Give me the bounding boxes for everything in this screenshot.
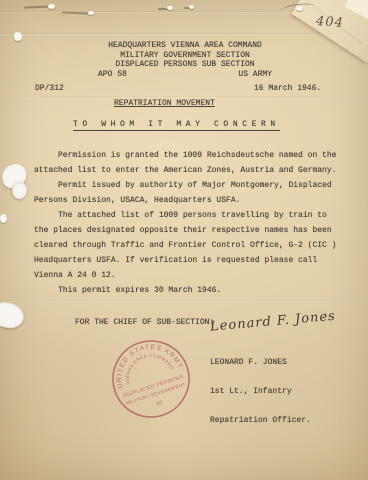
- paper-tear-hole: [0, 300, 26, 331]
- handwritten-signature: Leonard F. Jones: [210, 308, 341, 334]
- body-line: Vienna A 24 0 12.: [34, 268, 346, 283]
- signature-block: LEONARD F. JONES 1st Lt., Infantry Repat…: [210, 339, 311, 445]
- body-line: Persons Division, USACA, Headquarters US…: [34, 193, 346, 208]
- letterhead-line-3: DISPLACED PERSONS SUB SECTION: [95, 60, 275, 70]
- body-line: Headquarters USFA. If verification is re…: [34, 253, 346, 268]
- body-line: attached list to enter the American Zone…: [34, 163, 346, 178]
- salutation: TO WHOM IT MAY CONCERN: [73, 120, 280, 130]
- paper-tear-speck: [167, 6, 173, 10]
- paper-crease: [0, 33, 368, 34]
- signature-title: Repatriation Officer.: [210, 416, 311, 426]
- stamp-line-number: 10: [155, 400, 163, 408]
- paper-tear-speck: [189, 5, 194, 9]
- army-label: US ARMY: [238, 70, 272, 80]
- signature-name: LEONARD F. JONES: [210, 358, 311, 368]
- letterhead: HEADQUARTERS VIENNA AREA COMMAND MILITAR…: [95, 41, 275, 79]
- document-title-text: REPATRIATION MOVEMENT: [114, 99, 215, 108]
- body-line: This permit expires 30 March 1946.: [34, 283, 346, 298]
- paper-slit: [62, 12, 90, 15]
- paper-tear-speck: [14, 32, 22, 41]
- body-line: cleared through Traffic and Frontier Con…: [34, 238, 346, 253]
- body-line: Permission is granted the 1009 Reichsdeu…: [34, 148, 346, 163]
- signature-rank: 1st Lt., Infantry: [210, 387, 311, 397]
- document-page: 404 HEADQUARTERS VIENNA AREA COMMAND MIL…: [0, 0, 368, 480]
- rubber-stamp: UNITED STATES ARMY VIENNA AREA COMMAND D…: [96, 324, 206, 434]
- paper-tear-speck: [88, 11, 94, 15]
- document-date: 16 March 1946.: [254, 84, 321, 94]
- paper-tear-speck: [0, 214, 7, 223]
- reference-number: DP/312: [35, 84, 64, 94]
- letterhead-apo-row: APO 58 US ARMY: [95, 70, 275, 80]
- body-text: Permission is granted the 1009 Reichsdeu…: [34, 148, 346, 298]
- body-line: the places designated opposite their res…: [34, 223, 346, 238]
- apo-number: APO 58: [98, 70, 127, 80]
- letterhead-line-1: HEADQUARTERS VIENNA AREA COMMAND: [95, 41, 275, 51]
- salutation-text: TO WHOM IT MAY CONCERN: [73, 120, 280, 131]
- paper-crease: [0, 300, 368, 301]
- document-title: REPATRIATION MOVEMENT: [114, 99, 215, 109]
- body-line: The attached list of 1009 persons travel…: [34, 208, 346, 223]
- handwritten-page-number: 404: [316, 14, 345, 31]
- letterhead-line-2: MILITARY GOVERNMENT SECTION: [95, 51, 275, 61]
- paper-crease: [0, 96, 368, 97]
- body-line: Permit issued by authority of Major Mont…: [34, 178, 346, 193]
- paper-tear-speck: [48, 4, 55, 9]
